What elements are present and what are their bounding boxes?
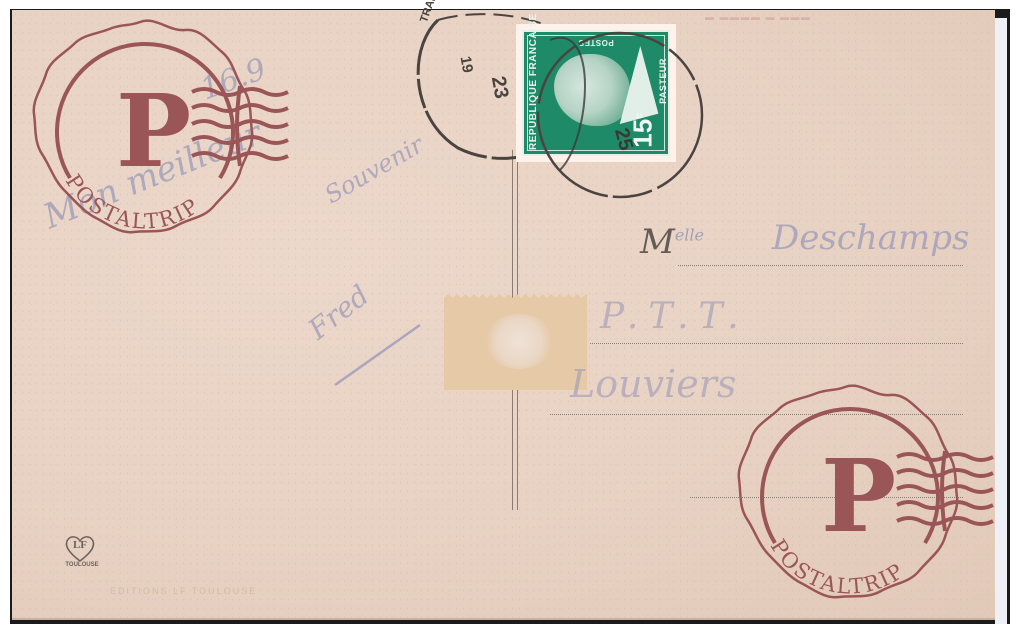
postmark-year: 23 [486,75,513,101]
address-line-2 [590,343,963,344]
recipient-name: Deschamps [772,218,970,258]
recipient-title-m: M [640,222,675,262]
publisher-imprint: EDITIONS LF TOULOUSE [110,586,257,596]
recipient-title-sup: elle [675,226,704,245]
address-line-1 [678,265,963,266]
publisher-logo: LF TOULOUSE [64,535,100,571]
signature-underline [330,320,430,390]
postmark-right-icon [520,20,720,220]
printed-header-faint: ▬ ▬▬▬▬ ▬ ▬▬▬ [705,12,812,22]
publisher-logo-text: LF [64,539,96,551]
svg-text:P: P [116,72,191,190]
removed-stamp-residue [444,294,587,390]
scan-edge-strip [995,18,1007,624]
publisher-logo-sub: TOULOUSE [62,562,102,568]
residue-light-spot [484,314,554,369]
recipient-address-ptt: P.T.T. [600,296,749,337]
postaltrip-watermark-top: P POSTALTRIP [30,18,290,250]
postmark-day: 19 [457,55,477,74]
recipient-title: Melle [640,222,704,262]
recipient-address-city: Louviers [570,362,736,406]
postaltrip-watermark-bottom: P POSTALTRIP [735,383,995,615]
svg-text:P: P [821,437,896,555]
